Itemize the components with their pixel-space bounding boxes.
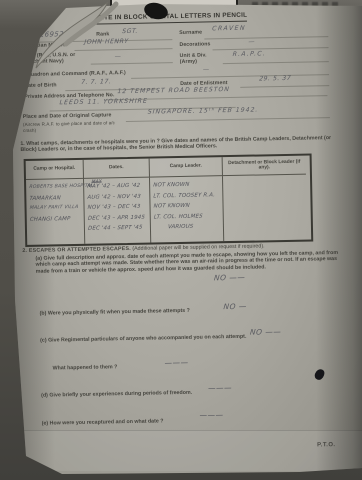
- camps-table: Camp or Hospital. Dates. Camp Leader. De…: [24, 153, 314, 247]
- table-header-dates: Dates.: [83, 159, 149, 179]
- treasury-tag-icon: [10, 0, 180, 72]
- camp-column: ROBERTS BASE HOSPITAL TAMARKAN MALAY PAR…: [26, 179, 84, 245]
- camp-entry: CHANGI CAMP: [29, 214, 84, 226]
- answer-2e: ———: [199, 410, 224, 419]
- form-content: WRITE IN BLOCK CAPITAL LETTERS IN PENCIL…: [0, 0, 362, 480]
- field-rule: [213, 47, 329, 50]
- surname-label: Surname: [179, 31, 202, 37]
- leader-column: NOT KNOWN LT. COL. TOOSEY R.A. NOT KNOWN…: [149, 176, 223, 242]
- field-rule: [204, 36, 328, 39]
- field-rule: [126, 117, 330, 122]
- address-value-line1: 12 TEMPEST ROAD BEESTON: [117, 86, 230, 95]
- camp-entry: MALAY PARIT VILLA: [29, 203, 84, 215]
- detachment-column: [222, 175, 307, 242]
- date-of-birth-label: Date of Birth: [24, 83, 57, 90]
- date-of-birth-value: 7. 7. 17.: [81, 78, 112, 86]
- answer-2c: NO ——: [250, 327, 282, 337]
- crossed-out-entry: MAY: [91, 177, 102, 188]
- answer-2a: NO ——: [214, 273, 246, 283]
- unit-div-label: Unit & Div. (Army): [180, 53, 222, 66]
- field-rule: [223, 61, 329, 64]
- document-photo: WRITE IN BLOCK CAPITAL LETTERS IN PENCIL…: [0, 0, 362, 480]
- section-2-note: (Additional paper will be supplied on re…: [131, 243, 265, 252]
- table-header-detachment: Detachment or Block Leader (if any).: [222, 156, 306, 177]
- leader-entry: NOT KNOWN: [153, 179, 223, 191]
- dates-entry: DEC '44 – SEPT '45: [88, 223, 151, 235]
- question-2d-text: (d) Give briefly your experiences during…: [41, 387, 321, 399]
- detachment-entry: [226, 178, 306, 180]
- question-1-text: 1. What camps, detachments or hospitals …: [20, 135, 342, 154]
- unit-div-value: R.A.P.C.: [232, 50, 266, 58]
- question-2b-text: (b) Were you physically fit when you mad…: [40, 306, 290, 317]
- squadron-value: —: [203, 66, 210, 73]
- capture-sublabel: (Aircrew R.A.F. to give place and date o…: [23, 120, 121, 134]
- decorations-label: Decorations: [179, 42, 210, 49]
- form-paper: WRITE IN BLOCK CAPITAL LETTERS IN PENCIL…: [0, 0, 362, 480]
- dates-column: MAYMAY '42 – AUG '42 AUG '42 – NOV '43 N…: [83, 178, 150, 244]
- table-header-leader: Camp Leader.: [149, 157, 222, 177]
- pto-label: P.T.O.: [317, 442, 335, 448]
- section-2-title: 2. ESCAPES OR ATTEMPTED ESCAPES.: [22, 246, 131, 254]
- question-2e-text: (e) How were you recaptured and on what …: [42, 415, 322, 427]
- answer-what-happened: ———: [164, 358, 189, 367]
- what-happened-text: What happened to them ?: [53, 364, 118, 372]
- surname-value: CRAVEN: [212, 25, 246, 33]
- table-header-camp: Camp or Hospital.: [26, 160, 83, 180]
- leader-entry: VARIOUS: [154, 222, 224, 234]
- camp-entry: ROBERTS BASE HOSPITAL: [29, 182, 84, 194]
- address-value-line2: LEEDS 11. YORKSHIRE: [59, 98, 148, 107]
- decorations-value: —: [248, 39, 255, 46]
- date-of-enlistment-value: 29. 5. 37: [259, 75, 292, 83]
- question-2a-text: (a) Give full description and approx. da…: [35, 250, 347, 275]
- field-rule: [240, 85, 329, 88]
- answer-2d: ———: [208, 383, 233, 392]
- answer-2b: NO —: [223, 302, 247, 311]
- capture-value: SINGAPORE. 15ᵗʰ FEB 1942.: [147, 106, 258, 115]
